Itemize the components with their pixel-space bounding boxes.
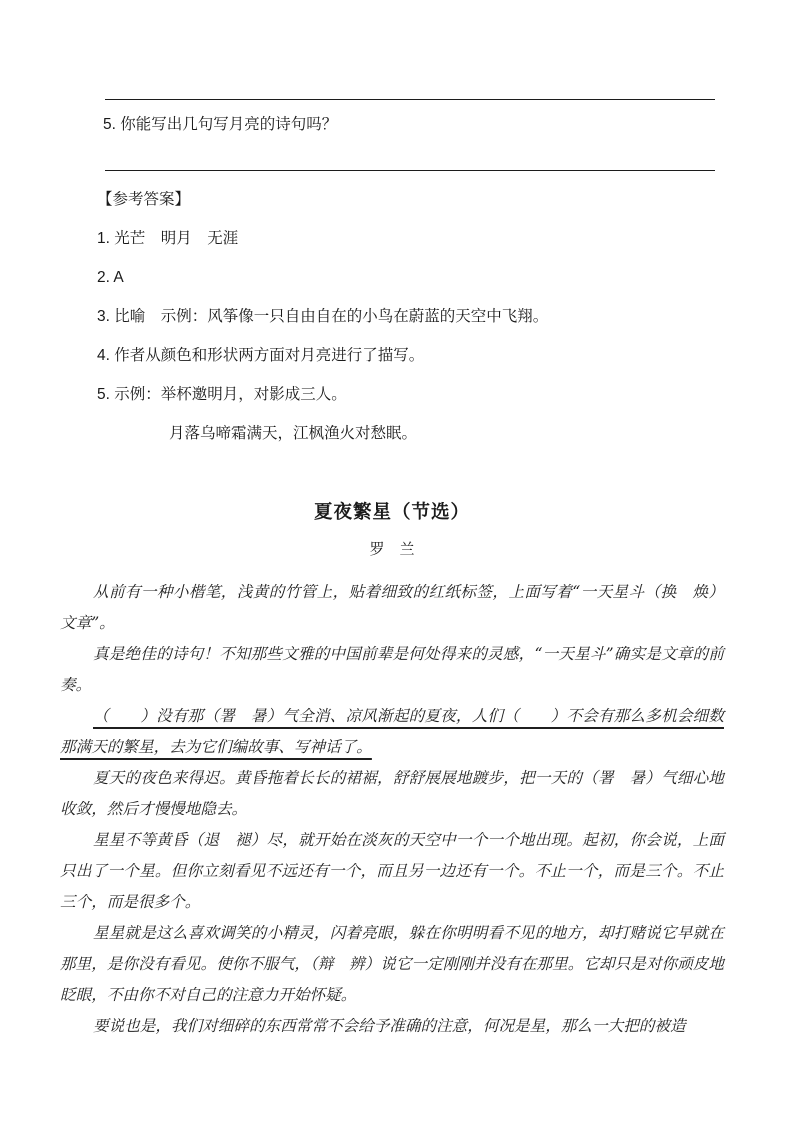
answer-item-1: 1. 光芒 明月 无涯 [97,230,715,247]
reading-passage-section: 夏夜繁星（节选） 罗 兰 从前有一种小楷笔，浅黄的竹管上，贴着细致的红纸标签，上… [0,502,793,1042]
answer-item-4: 4. 作者从颜色和形状两方面对月亮进行了描写。 [97,347,715,364]
answer-item-3: 3. 比喻 示例：风筝像一只自由自在的小鸟在蔚蓝的天空中飞翔。 [97,308,715,325]
passage-paragraph-6: 星星就是这么喜欢调笑的小精灵，闪着亮眼，躲在你明明看不见的地方，却打赌说它早就在… [60,918,724,1011]
question-item-5: 5. 你能写出几句写月亮的诗句吗？ [103,117,715,133]
answer-item-2: 2. A [97,269,715,286]
passage-body: 从前有一种小楷笔，浅黄的竹管上，贴着细致的红纸标签，上面写着“一天星斗（换 焕）… [60,577,724,1042]
passage-paragraph-1: 从前有一种小楷笔，浅黄的竹管上，贴着细致的红纸标签，上面写着“一天星斗（换 焕）… [60,577,724,639]
passage-paragraph-4: 夏天的夜色来得迟。黄昏拖着长长的裙裾，舒舒展展地踱步，把一天的（署 暑）气细心地… [60,763,724,825]
answer-item-5: 5. 示例：举杯邀明月，对影成三人。 [97,386,715,403]
answer-key-header: 【参考答案】 [97,191,715,208]
passage-paragraph-2: 真是绝佳的诗句！不知那些文雅的中国前辈是何处得来的灵感，“一天星斗”确实是文章的… [60,639,724,701]
question-answer-section: 5. 你能写出几句写月亮的诗句吗？ 【参考答案】 1. 光芒 明月 无涯 2. … [0,99,793,442]
passage-paragraph-3-underlined: （ ）没有那（署 暑）气全消、凉风渐起的夏夜，人们（ ）不会有那么多机会细数那满… [60,701,724,763]
passage-author: 罗 兰 [60,541,724,557]
answer-5-poem-second-line: 月落乌啼霜满天，江枫渔火对愁眠。 [169,425,715,442]
document-page: 5. 你能写出几句写月亮的诗句吗？ 【参考答案】 1. 光芒 明月 无涯 2. … [0,0,793,1122]
passage-title: 夏夜繁星（节选） [60,502,724,522]
divider-line-bottom [105,170,715,171]
divider-line-top [105,99,715,100]
passage-paragraph-5: 星星不等黄昏（退 褪）尽，就开始在淡灰的天空中一个一个地出现。起初，你会说，上面… [60,825,724,918]
passage-paragraph-7: 要说也是，我们对细碎的东西常常不会给予准确的注意，何况是星，那么一大把的被造 [60,1011,724,1042]
